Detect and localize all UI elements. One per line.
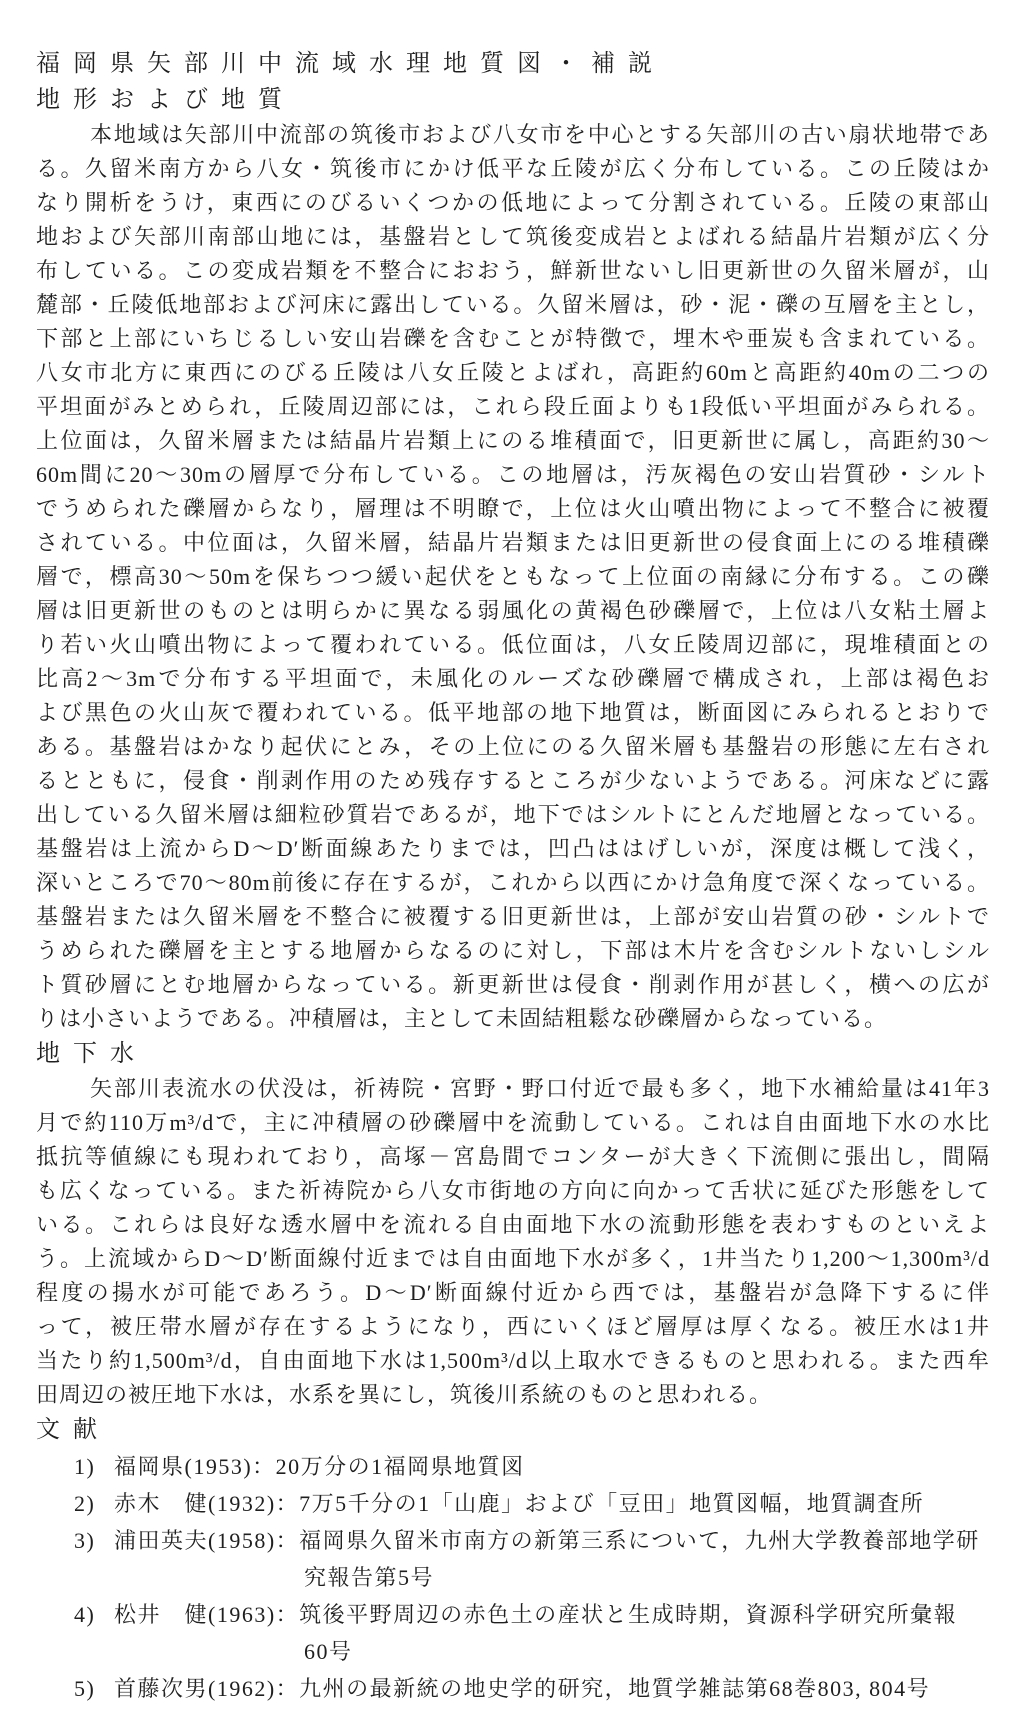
document-title: 福岡県矢部川中流域水理地質図・補説 — [36, 46, 990, 82]
reference-number: 1) — [74, 1448, 114, 1485]
text-line: るとともに，侵食・削剥作用のため残存するところが少ないようである。河床などに露 — [36, 764, 990, 798]
text-line: 地および矢部川南部山地には，基盤岩として筑後変成岩とよばれる結晶片岩類が広く分 — [36, 220, 990, 254]
text-line: りは小さいようである。冲積層は，主として未固結粗鬆な砂礫層からなっている。 — [36, 1002, 990, 1036]
text-line: でうめられた礫層からなり，層理は不明瞭で，上位は火山噴出物によって不整合に被覆 — [36, 492, 990, 526]
text-line: 当たり約1,500m³/d，自由面地下水は1,500m³/d以上取水できるものと… — [36, 1344, 990, 1378]
text-line: 月で約110万m³/dで，主に冲積層の砂礫層中を流動している。これは自由面地下水… — [36, 1106, 990, 1140]
text-line: り若い火山噴出物によって覆われている。低位面は，八女丘陵周辺部に，現堆積面との — [36, 628, 990, 662]
text-line: 八女市北方に東西にのびる丘陵は八女丘陵とよばれ，高距約60mと高距約40mの二つ… — [36, 356, 990, 390]
reference-continuation: 究報告第5号 — [36, 1559, 990, 1596]
text-line: 基盤岩または久留米層を不整合に被覆する旧更新世は，上部が安山岩質の砂・シルトで — [36, 900, 990, 934]
references-heading: 文献 — [36, 1412, 990, 1448]
text-line: 本地域は矢部川中流部の筑後市および八女市を中心とする矢部川の古い扇状地帯であ — [36, 118, 990, 152]
references-list: 1) 福岡県(1953)：20万分の1福岡県地質図 2) 赤木 健(1932)：… — [36, 1448, 990, 1707]
text-line: 下部と上部にいちじるしい安山岩礫を含むことが特徴で，埋木や亜炭も含まれている。 — [36, 322, 990, 356]
text-line: る。久留米南方から八女・筑後市にかけ低平な丘陵が広く分布している。この丘陵はか — [36, 152, 990, 186]
text-line: 深いところで70～80m前後に存在するが，これから以西にかけ急角度で深くなってい… — [36, 866, 990, 900]
text-line: うめられた礫層を主とする地層からなるのに対し，下部は木片を含むシルトないしシル — [36, 934, 990, 968]
reference-text: 福岡県(1953)：20万分の1福岡県地質図 — [114, 1448, 525, 1485]
reference-number: 2) — [74, 1485, 114, 1522]
reference-continuation: 60号 — [36, 1633, 990, 1670]
reference-item: 4) 松井 健(1963)：筑後平野周辺の赤色土の産状と生成時期，資源科学研究所… — [36, 1596, 990, 1633]
reference-item: 2) 赤木 健(1932)：7万5千分の1「山鹿」および「豆田」地質図幅，地質調… — [36, 1485, 990, 1522]
text-line: って，被圧帯水層が存在するようになり，西にいくほど層厚は厚くなる。被圧水は1井 — [36, 1310, 990, 1344]
text-line: 布している。この変成岩類を不整合におおう，鮮新世ないし旧更新世の久留米層が，山 — [36, 254, 990, 288]
text-line: 層で，標高30～50mを保ちつつ緩い起伏をともなって上位面の南縁に分布する。この… — [36, 560, 990, 594]
text-line: も広くなっている。また祈祷院から八女市街地の方向に向かって舌状に延びた形態をして — [36, 1174, 990, 1208]
reference-item: 3) 浦田英夫(1958)：福岡県久留米市南方の新第三系について，九州大学教養部… — [36, 1522, 990, 1559]
text-line: いる。これらは良好な透水層中を流れる自由面地下水の流動形態を表わすものといえよ — [36, 1208, 990, 1242]
reference-item: 5) 首藤次男(1962)：九州の最新統の地史学的研究，地質学雑誌第68巻803… — [36, 1670, 990, 1707]
reference-number: 5) — [74, 1670, 114, 1707]
text-line: 層は旧更新世のものとは明らかに異なる弱風化の黄褐色砂礫層で，上位は八女粘土層よ — [36, 594, 990, 628]
text-line: 抵抗等値線にも現われており，高塚－宮島間でコンターが大きく下流側に張出し，間隔 — [36, 1140, 990, 1174]
text-line: 60m間に20～30mの層厚で分布している。この地層は，汚灰褐色の安山岩質砂・シ… — [36, 458, 990, 492]
reference-text: 松井 健(1963)：筑後平野周辺の赤色土の産状と生成時期，資源科学研究所彙報 — [114, 1596, 957, 1633]
reference-text: 浦田英夫(1958)：福岡県久留米市南方の新第三系について，九州大学教養部地学研 — [114, 1522, 980, 1559]
text-line: 矢部川表流水の伏没は，祈祷院・宮野・野口付近で最も多く，地下水補給量は41年3 — [36, 1072, 990, 1106]
text-line: 出している久留米層は細粒砂質岩であるが，地下ではシルトにとんだ地層となっている。 — [36, 798, 990, 832]
section-heading-groundwater: 地下水 — [36, 1036, 990, 1072]
text-line: されている。中位面は，久留米層，結晶片岩類または旧更新世の侵食面上にのる堆積礫 — [36, 526, 990, 560]
reference-text: 首藤次男(1962)：九州の最新統の地史学的研究，地質学雑誌第68巻803, 8… — [114, 1670, 930, 1707]
text-line: 麓部・丘陵低地部および河床に露出している。久留米層は，砂・泥・礫の互層を主とし， — [36, 288, 990, 322]
text-line: よび黒色の火山灰で覆われている。低平地部の地下地質は，断面図にみられるとおりで — [36, 696, 990, 730]
text-line: 程度の揚水が可能であろう。D～D′断面線付近から西では，基盤岩が急降下するに伴 — [36, 1276, 990, 1310]
text-line: 上位面は，久留米層または結晶片岩類上にのる堆積面で，旧更新世に属し，高距約30～ — [36, 424, 990, 458]
geology-paragraph: 本地域は矢部川中流部の筑後市および八女市を中心とする矢部川の古い扇状地帯である。… — [36, 118, 990, 1036]
text-line: 比高2～3mで分布する平坦面で，未風化のルーズな砂礫層で構成され，上部は褐色お — [36, 662, 990, 696]
text-line: う。上流域からD～D′断面線付近までは自由面地下水が多く，1井当たり1,200～… — [36, 1242, 990, 1276]
reference-text: 赤木 健(1932)：7万5千分の1「山鹿」および「豆田」地質図幅，地質調査所 — [114, 1485, 924, 1522]
text-line: なり開析をうけ，東西にのびるいくつかの低地によって分割されている。丘陵の東部山 — [36, 186, 990, 220]
text-line: ある。基盤岩はかなり起伏にとみ，その上位にのる久留米層も基盤岩の形態に左右され — [36, 730, 990, 764]
reference-item: 1) 福岡県(1953)：20万分の1福岡県地質図 — [36, 1448, 990, 1485]
groundwater-paragraph: 矢部川表流水の伏没は，祈祷院・宮野・野口付近で最も多く，地下水補給量は41年3月… — [36, 1072, 990, 1412]
reference-number: 4) — [74, 1596, 114, 1633]
section-heading-geology: 地形および地質 — [36, 82, 990, 118]
reference-number: 3) — [74, 1522, 114, 1559]
text-line: 基盤岩は上流からD～D′断面線あたりまでは，凹凸ははげしいが，深度は概して浅く， — [36, 832, 990, 866]
document-page: 福岡県矢部川中流域水理地質図・補説 地形および地質 本地域は矢部川中流部の筑後市… — [0, 0, 1026, 1720]
text-line: 平坦面がみとめられ，丘陵周辺部には，これら段丘面よりも1段低い平坦面がみられる。 — [36, 390, 990, 424]
text-line: 田周辺の被圧地下水は，水系を異にし，筑後川系統のものと思われる。 — [36, 1378, 990, 1412]
text-line: ト質砂層にとむ地層からなっている。新更新世は侵食・削剥作用が甚しく，横への広が — [36, 968, 990, 1002]
